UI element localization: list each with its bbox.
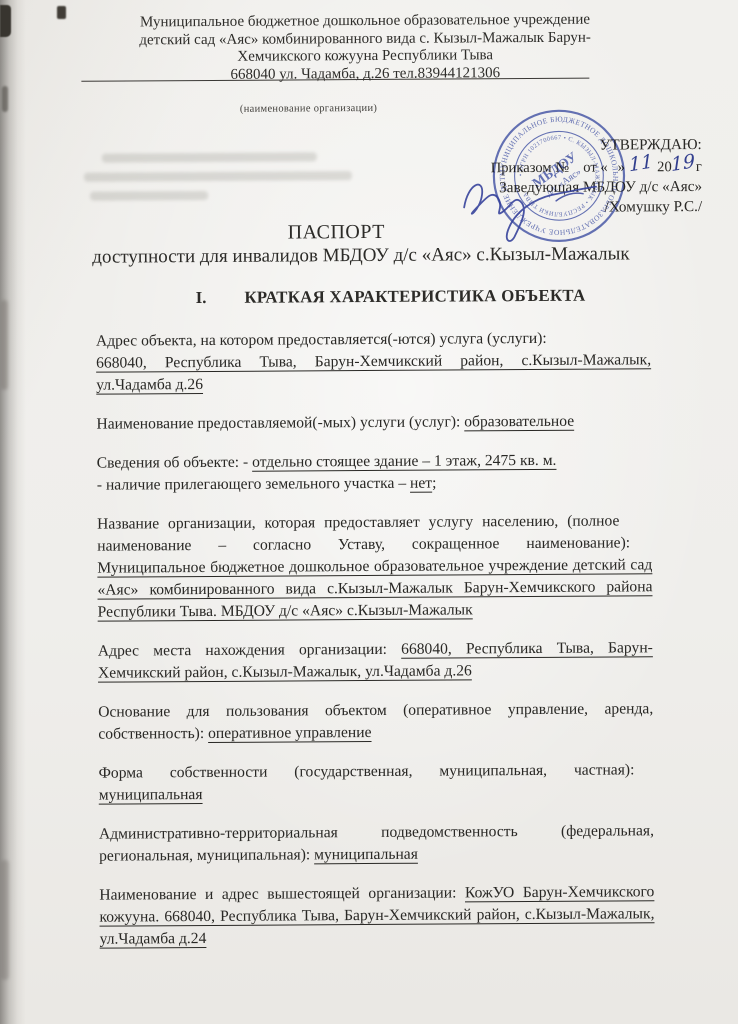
paragraph: Административно-территориальная подведом… (99, 820, 654, 867)
document-body: Адрес объекта, на котором предоставляетс… (96, 327, 655, 967)
handwritten-year: 19 (670, 151, 695, 175)
filled-value: образовательное (464, 413, 574, 431)
scan-speck (2, 86, 8, 112)
paragraph: Основание для пользования объектом (опер… (98, 698, 653, 745)
filled-value: Муниципальное бюджетное дошкольное образ… (97, 556, 652, 620)
paragraph: Форма собственности (государственная, му… (99, 759, 654, 806)
filled-value: муниципальная (99, 786, 203, 804)
filled-value: оперативное управление (208, 724, 371, 742)
paragraph: Название организации, которая предоставл… (97, 510, 653, 623)
org-header: Муниципальное бюджетное дошкольное образ… (65, 11, 665, 85)
bleed-through-text (84, 152, 384, 211)
org-header-line: 668040 ул. Чадамба, д.26 тел.83944121306 (65, 64, 665, 85)
document-content: Муниципальное бюджетное дошкольное образ… (0, 0, 738, 1024)
scan-speck (57, 6, 66, 19)
label-text: Основание для пользования объектом (опер… (98, 700, 653, 742)
section-heading-text: КРАТКАЯ ХАРАКТЕРИСТИКА ОБЪЕКТА (244, 286, 585, 308)
doc-title: ПАСПОРТ (53, 219, 663, 246)
scan-speck (1, 860, 9, 980)
label-text: Форма собственности (государственная, му… (99, 761, 635, 781)
section-heading: I. КРАТКАЯ ХАРАКТЕРИСТИКА ОБЪЕКТА (196, 286, 586, 308)
year-suffix: г (696, 159, 702, 175)
label-text: - наличие прилегающего земельного участк… (97, 475, 410, 494)
label-text: Адрес объекта, на котором предоставляетс… (96, 330, 547, 350)
scanned-document-page: Муниципальное бюджетное дошкольное образ… (0, 0, 738, 1024)
label-text: ; (432, 475, 436, 492)
filled-value: нет (410, 475, 432, 492)
doc-subtitle: доступности для инвалидов МБДОУ д/с «Аяс… (53, 243, 668, 269)
label-text: Наименование предоставляемой(-мых) услуг… (96, 413, 464, 432)
year-printed: 20 (657, 159, 672, 175)
paragraph: Наименование и адрес вышестоящей организ… (99, 881, 654, 950)
filled-value: отдельно стоящее здание – 1 этаж, 2475 к… (252, 452, 556, 471)
label-text: Наименование и адрес вышестоящей организ… (99, 884, 465, 903)
handwritten-month: 11 (629, 151, 654, 175)
label-text: Сведения об объекте: - (97, 454, 252, 472)
scan-speck (1, 300, 8, 390)
paragraph: Адрес объекта, на котором предоставляетс… (96, 327, 651, 396)
paragraph: Адрес места нахождения организации: 6680… (98, 637, 653, 684)
label-text: Адрес места нахождения организации: (98, 641, 401, 660)
scan-corner-mark (0, 5, 11, 37)
filled-value: муниципальная (314, 846, 418, 864)
filled-value: 668040, Республика Тыва, Барун-Хемчикски… (96, 351, 651, 393)
label-text: Название организации, которая предоставл… (97, 512, 619, 532)
label-text: наименование – согласно Уставу, сокращен… (97, 534, 630, 554)
paragraph: Сведения об объекте: - отдельно стоящее … (97, 449, 652, 496)
paragraph: Наименование предоставляемой(-мых) услуг… (96, 410, 651, 435)
section-heading-number: I. (196, 288, 207, 308)
